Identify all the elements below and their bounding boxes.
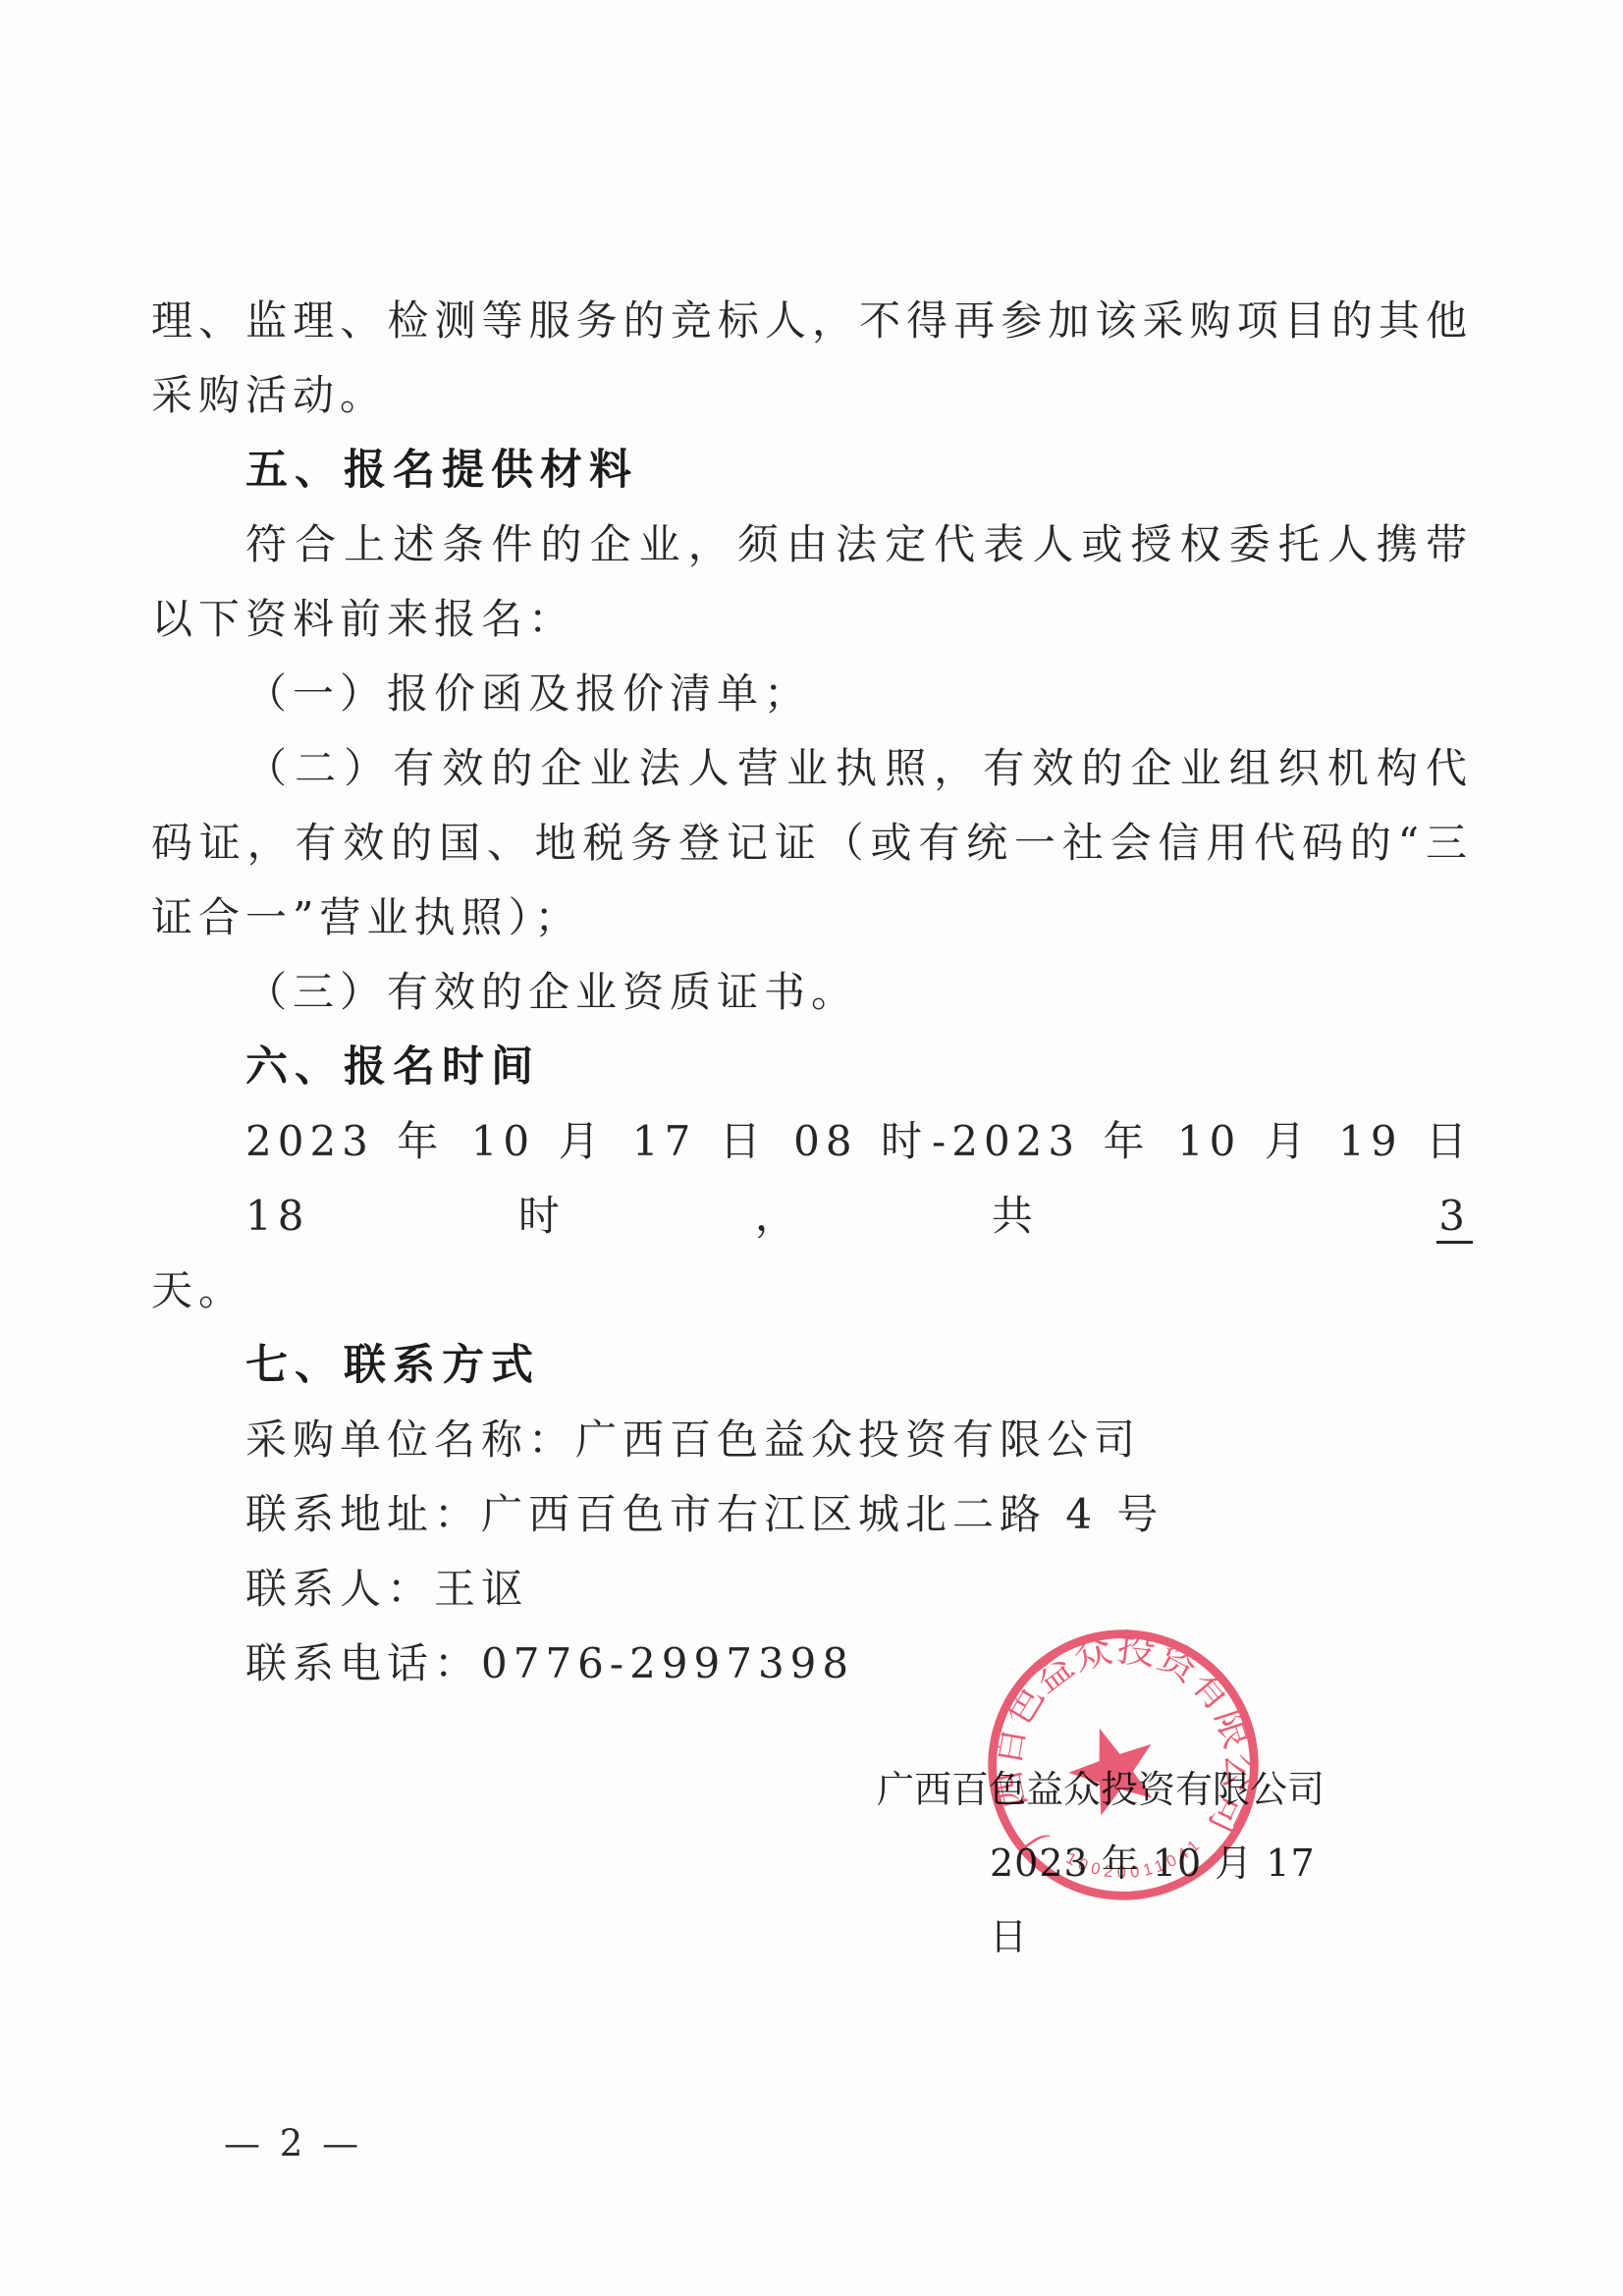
section5-para1-line2: 以下资料前来报名： bbox=[151, 582, 1473, 657]
continuation-line-1: 理、监理、检测等服务的竞标人，不得再参加该采购项目的其他 bbox=[151, 284, 1473, 358]
time-text: 2023 年 10 月 17 日 08 时-2023 年 10 月 19 日 1… bbox=[245, 1117, 1473, 1240]
section5-item3: （三）有效的企业资质证书。 bbox=[151, 955, 1473, 1030]
section5-item2-line2: 码证，有效的国、地税务登记证（或有统一社会信用代码的“三 bbox=[151, 806, 1473, 881]
purchaser-name-line: 采购单位名称：广西百色益众投资有限公司 bbox=[151, 1403, 1473, 1477]
document-page: 理、监理、检测等服务的竞标人，不得再参加该采购项目的其他 采购活动。 五、报名提… bbox=[0, 0, 1623, 2296]
section5-heading: 五、报名提供材料 bbox=[151, 433, 1473, 507]
contact-phone-line: 联系电话：0776-2997398 bbox=[151, 1627, 1473, 1701]
time-days-underlined: 3 bbox=[1436, 1192, 1473, 1244]
document-body: 理、监理、检测等服务的竞标人，不得再参加该采购项目的其他 采购活动。 五、报名提… bbox=[151, 284, 1473, 1701]
section5-item2-line1: （二）有效的企业法人营业执照，有效的企业组织机构代 bbox=[151, 731, 1473, 806]
stamp-arc-text: 广西百色益众投资有限公司 bbox=[970, 1611, 1271, 1871]
contact-address-line: 联系地址：广西百色市右江区城北二路 4 号 bbox=[151, 1477, 1473, 1552]
section5-para1-line1: 符合上述条件的企业，须由法定代表人或授权委托人携带 bbox=[151, 507, 1473, 582]
section7-heading: 七、联系方式 bbox=[151, 1328, 1473, 1403]
contact-person-line: 联系人：王讴 bbox=[151, 1552, 1473, 1627]
section6-time-line2: 天。 bbox=[151, 1254, 1473, 1328]
section6-heading: 六、报名时间 bbox=[151, 1030, 1473, 1104]
section5-item1: （一）报价函及报价清单； bbox=[151, 657, 1473, 731]
section5-item2-line3: 证合一”营业执照）； bbox=[151, 881, 1473, 955]
page-number: — 2 — bbox=[224, 2122, 362, 2164]
company-seal-stamp: 广西百色益众投资有限公司 10020011041 bbox=[963, 1605, 1282, 1924]
continuation-line-2: 采购活动。 bbox=[151, 358, 1473, 433]
stamp-star-icon bbox=[1058, 1714, 1168, 1821]
section6-time-line1: 2023 年 10 月 17 日 08 时-2023 年 10 月 19 日 1… bbox=[151, 1104, 1473, 1254]
